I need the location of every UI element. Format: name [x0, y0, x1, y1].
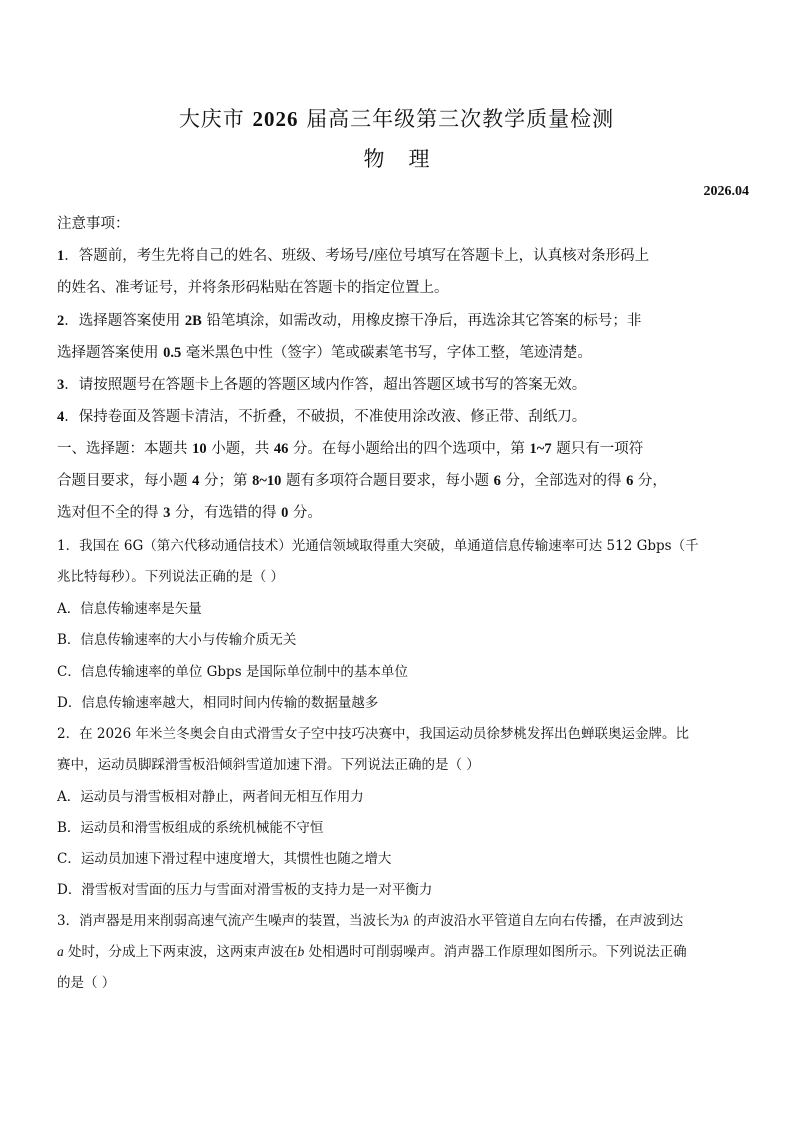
text: 3．消声器是用来削弱高速气流产生噪声的装置，当波长为	[57, 913, 403, 929]
notice-item-text: 毫米黑色中性（签字）笔或碳素笔书写，字体工整，笔迹清楚。	[181, 345, 592, 361]
notice-item-1-cont: 的姓名、准考证号，并将条形码粘贴在答题卡的指定位置上。	[57, 278, 737, 298]
question-1-option-a: A．信息传输速率是矢量	[57, 599, 202, 619]
section-1-instructions-l3: 选对但不全的得 3 分，有选错的得 0 分。	[57, 503, 737, 523]
title-year: 2026	[253, 107, 299, 131]
question-3-stem-cont: a 处时，分成上下两束波，这两束声波在b 处相遇时可削弱噪声。消声器工作原理如图…	[57, 942, 737, 962]
notice-item-1: 1．答题前，考生先将自己的姓名、班级、考场号/座位号填写在答题卡上，认真核对条形…	[57, 246, 737, 266]
text: 题有多项符合题目要求，每小题	[281, 473, 493, 489]
exam-page: 大庆市 2026 届高三年级第三次教学质量检测 物理 2026.04 注意事项：…	[0, 0, 793, 1122]
notice-item-text: 选择题答案使用	[57, 345, 163, 361]
question-range: 8~10	[252, 473, 281, 489]
text: 分，有选错的得	[170, 505, 281, 521]
question-1-option-d: D．信息传输速率越大，相同时间内传输的数据量越多	[57, 693, 378, 713]
question-1-option-b: B．信息传输速率的大小与传输介质无关	[57, 630, 296, 650]
question-1-stem-cont: 兆比特每秒）。下列说法正确的是（ ）	[57, 567, 737, 587]
section-1-instructions-l1: 一、选择题：本题共 10 小题，共 46 分。在每小题给出的四个选项中，第 1~…	[57, 439, 737, 459]
section-1-instructions-l2: 合题目要求，每小题 4 分；第 8~10 题有多项符合题目要求，每小题 6 分，…	[57, 471, 737, 491]
text: 分。	[288, 505, 322, 521]
title-exam-name: 届高三年级第三次教学质量检测	[306, 107, 614, 131]
question-2-option-c: C．运动员加速下滑过程中速度增大，其惯性也随之增大	[57, 849, 391, 869]
notice-item-2: 2．选择题答案使用 2B 铅笔填涂，如需改动，用橡皮擦干净后，再选涂其它答案的标…	[57, 311, 737, 331]
question-2-option-d: D．滑雪板对雪面的压力与雪面对滑雪板的支持力是一对平衡力	[57, 880, 432, 900]
question-1-option-c: C．信息传输速率的单位 Gbps 是国际单位制中的基本单位	[57, 662, 408, 682]
text: 一、选择题：本题共	[57, 441, 192, 457]
question-count: 10	[192, 441, 207, 457]
text: 分，全部选对的得	[501, 473, 626, 489]
text: 题只有一项符	[552, 441, 644, 457]
title-city: 大庆市	[179, 107, 245, 131]
notice-item-text: 铅笔填涂，如需改动，用橡皮擦干净后，再选涂其它答案的标号；非	[202, 313, 642, 329]
point-a-label: a	[57, 944, 64, 959]
subject-title: 物理	[0, 144, 793, 174]
text: 处时，分成上下两束波，这两束声波在	[64, 944, 298, 960]
text: 的声波沿水平管道自左向右传播，在声波到达	[409, 913, 683, 929]
text: 选对但不全的得	[57, 505, 163, 521]
text: 处相遇时可削弱噪声。消声器工作原理如图所示。下列说法正确	[304, 944, 686, 960]
text: 合题目要求，每小题	[57, 473, 192, 489]
text: 分，	[633, 473, 667, 489]
notice-item-3: 3．请按照题号在答题卡上各题的答题区域内作答，超出答题区域书写的答案无效。	[57, 375, 737, 395]
question-2-option-a: A．运动员与滑雪板相对静止，两者间无相互作用力	[57, 787, 364, 807]
text: 分。在每小题给出的四个选项中，第	[288, 441, 529, 457]
pen-width: 0.5	[163, 345, 181, 361]
question-3-stem-end: 的是（ ）	[57, 973, 737, 993]
text: 小题，共	[207, 441, 274, 457]
score: 6	[494, 473, 501, 489]
question-2-stem: 2．在 2026 年米兰冬奥会自由式滑雪女子空中技巧决赛中，我国运动员徐梦桃发挥…	[57, 724, 737, 744]
question-3-stem: 3．消声器是用来削弱高速气流产生噪声的装置，当波长为λ 的声波沿水平管道自左向右…	[57, 911, 737, 931]
exam-date: 2026.04	[704, 184, 750, 200]
notice-item-4: 4．保持卷面及答题卡清洁，不折叠，不破损，不准使用涂改液、修正带、刮纸刀。	[57, 407, 737, 427]
notice-item-text: ．请按照题号在答题卡上各题的答题区域内作答，超出答题区域书写的答案无效。	[64, 377, 586, 393]
notice-item-text: ．选择题答案使用	[64, 313, 185, 329]
pencil-grade: 2B	[185, 313, 202, 329]
exam-title: 大庆市 2026 届高三年级第三次教学质量检测	[0, 104, 793, 134]
notice-heading: 注意事项：	[57, 214, 737, 234]
subject-char-1: 物	[364, 147, 385, 171]
question-2-option-b: B．运动员和滑雪板组成的系统机械能不守恒	[57, 818, 323, 838]
subject-char-2: 理	[409, 147, 430, 171]
notice-item-text: ．保持卷面及答题卡清洁，不折叠，不破损，不准使用涂改液、修正带、刮纸刀。	[64, 409, 586, 425]
question-range: 1~7	[530, 441, 552, 457]
notice-item-text: ．答题前，考生先将自己的姓名、班级、考场号/座位号填写在答题卡上，认真核对条形码…	[64, 248, 649, 264]
question-1-stem: 1．我国在 6G（第六代移动通信技术）光通信领域取得重大突破，单通道信息传输速率…	[57, 536, 737, 556]
total-score: 46	[274, 441, 289, 457]
question-2-stem-cont: 赛中，运动员脚踩滑雪板沿倾斜雪道加速下滑。下列说法正确的是（ ）	[57, 755, 737, 775]
text: 分；第	[199, 473, 252, 489]
notice-item-2-cont: 选择题答案使用 0.5 毫米黑色中性（签字）笔或碳素笔书写，字体工整，笔迹清楚。	[57, 343, 737, 363]
